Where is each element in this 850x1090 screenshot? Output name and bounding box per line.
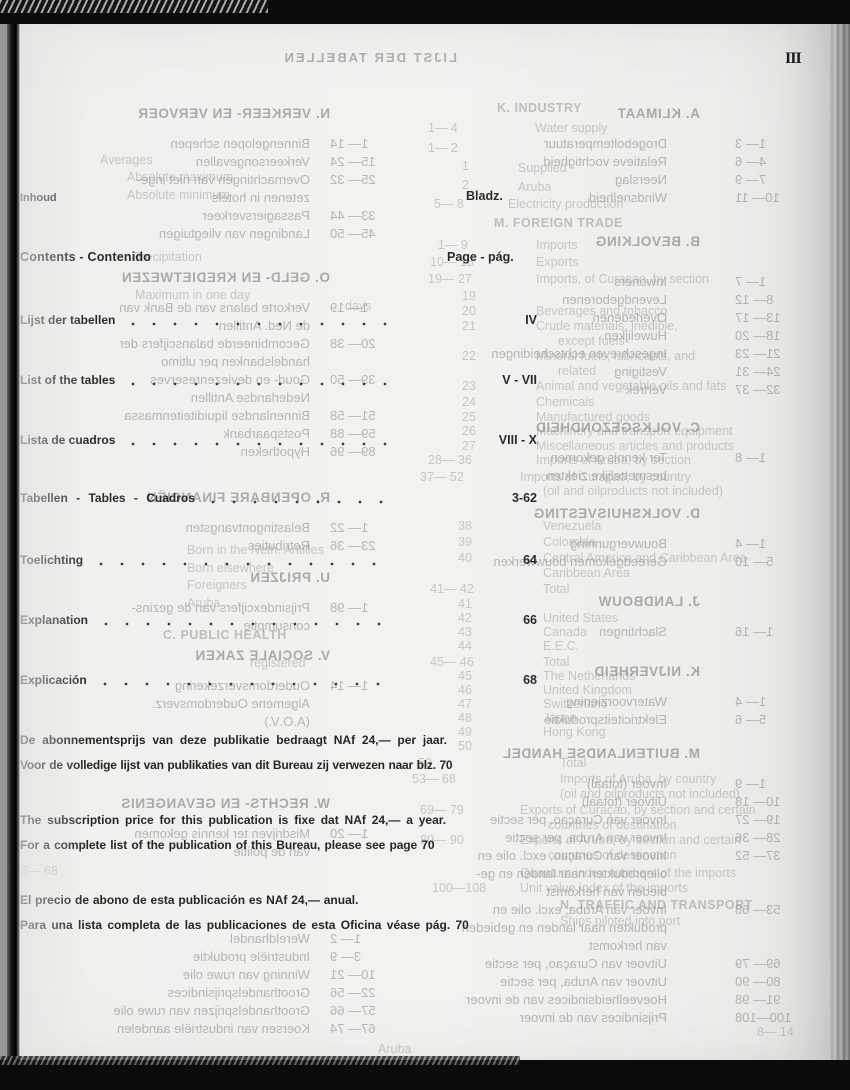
dot-leader-icon xyxy=(103,675,391,687)
dot-leader-icon xyxy=(131,375,391,387)
toc-row: Toelichting64 xyxy=(20,553,537,567)
toc-entry-page: IV xyxy=(449,313,537,327)
toc-entry-label: Tabellen - Tables - Cuadros xyxy=(20,491,195,505)
subscription-note-english: The subscription price for this publicat… xyxy=(20,808,446,858)
toc-entry-page: VIII - X xyxy=(449,433,537,447)
note-line: Para una lista completa de las publicaci… xyxy=(20,913,469,938)
scan-bottom-border xyxy=(0,1060,850,1090)
toc-row: Explanation66 xyxy=(20,613,537,627)
dot-leader-icon xyxy=(131,435,391,447)
dot-leader-icon xyxy=(104,615,391,627)
subscription-note-dutch: De abonnementsprijs van deze publikatie … xyxy=(20,728,452,778)
content-layer: III Inhoud Bladz. Contents - Contenido P… xyxy=(0,0,850,1090)
dot-leader-icon xyxy=(131,315,391,327)
scan-top-border xyxy=(0,0,850,24)
note-line: El precio de abono de esta publicación e… xyxy=(20,888,469,913)
film-edge-texture xyxy=(0,1056,520,1065)
toc-entry-label: Lijst der tabellen xyxy=(20,313,115,327)
toc-entry-label: Explanation xyxy=(20,613,88,627)
page-stack-edge xyxy=(829,24,850,1060)
toc-entry-page: V - VII xyxy=(449,373,537,387)
dot-leader-icon xyxy=(211,493,391,505)
note-line: Voor de volledige lijst van publikaties … xyxy=(20,753,452,778)
scanner-left-margin xyxy=(0,10,7,1080)
toc-entry-label: Explicación xyxy=(20,673,87,687)
subscription-note-spanish: El precio de abono de esta publicación e… xyxy=(20,888,469,938)
note-line: De abonnementsprijs van deze publikatie … xyxy=(20,728,452,753)
toc-row: Tabellen - Tables - Cuadros3-62 xyxy=(20,491,537,505)
dot-leader-icon xyxy=(99,555,391,567)
toc-row: Explicación68 xyxy=(20,673,537,687)
note-line: For a complete list of the publication o… xyxy=(20,833,446,858)
toc-row: Lista de cuadrosVIII - X xyxy=(20,433,537,447)
scanned-page: LIJST DER TABELLEN A. KLIMAAT1— 3Drogebo… xyxy=(0,0,850,1090)
toc-entry-page: 68 xyxy=(449,673,537,687)
toc-entry-page: 64 xyxy=(449,553,537,567)
toc-row: List of the tablesV - VII xyxy=(20,373,537,387)
film-edge-texture xyxy=(0,0,268,13)
toc-entry-page: 66 xyxy=(449,613,537,627)
toc-entry-label: Lista de cuadros xyxy=(20,433,115,447)
note-line: The subscription price for this publicat… xyxy=(20,808,446,833)
toc-entry-page: 3-62 xyxy=(449,491,537,505)
toc-entry-label: List of the tables xyxy=(20,373,115,387)
toc-row: Lijst der tabellenIV xyxy=(20,313,537,327)
toc-entry-label: Toelichting xyxy=(20,553,83,567)
binding-shadow xyxy=(6,12,20,1078)
